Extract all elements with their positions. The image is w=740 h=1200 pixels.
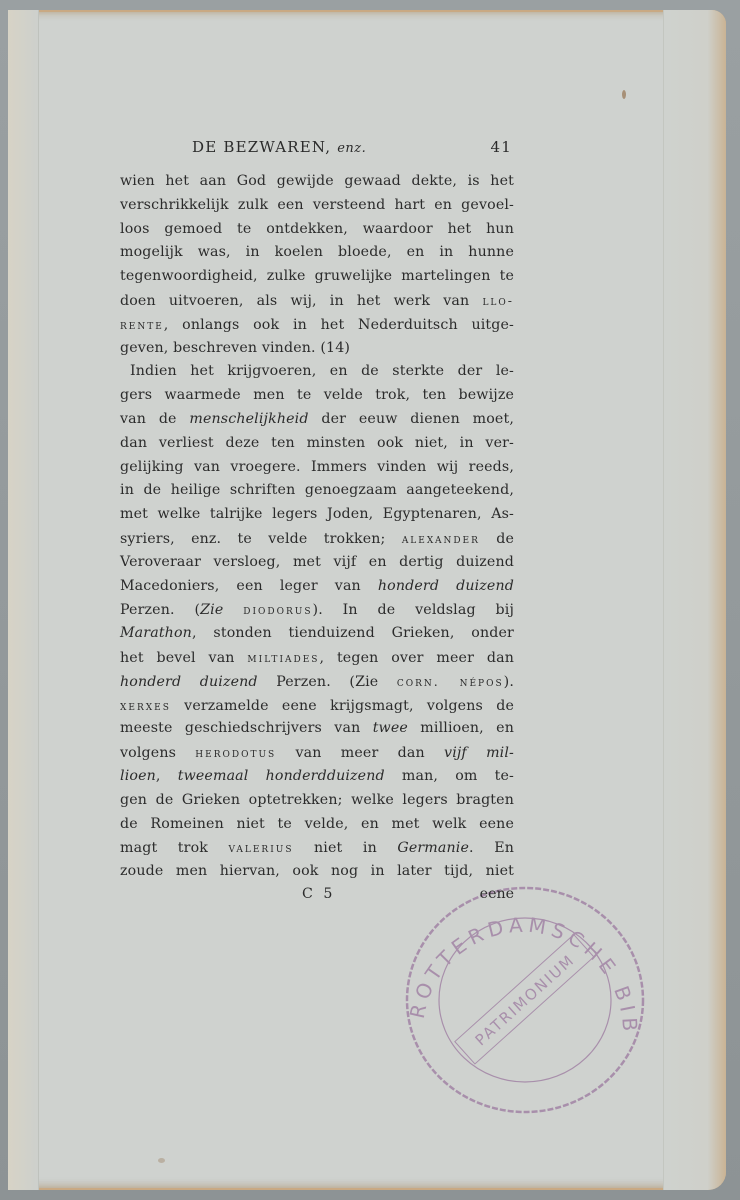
italic-run: twee — [373, 720, 408, 736]
italic-run: Marathon — [120, 625, 192, 641]
text-run — [223, 602, 243, 618]
scan-background: DE BEZWAREN, enz. 41 wien het aan God ge… — [0, 0, 740, 1200]
text-run: mogelijk was, in koelen bloede, en in hu… — [120, 244, 514, 260]
text-run: Macedoniers, een leger van — [120, 578, 378, 594]
text-line: xerxes verzamelde eene krijgsmagt, volge… — [120, 694, 514, 718]
small-caps-name: herodotus — [195, 745, 276, 760]
text-line: gers waarmede men te velde trok, ten bew… — [120, 384, 514, 408]
italic-run: lioen — [120, 768, 156, 784]
text-run: tegenwoordigheid, zulke gruwelijke marte… — [120, 268, 514, 284]
text-line: het bevel van miltiades, tegen over meer… — [120, 646, 514, 670]
text-run: ). In de veldslag bij — [313, 602, 514, 618]
small-caps-name: valerius — [229, 840, 294, 855]
small-caps-name: xerxes — [120, 698, 171, 713]
text-run: zoude men hiervan, ook nog in later tijd… — [120, 863, 514, 879]
italic-run: honderd duizend — [378, 578, 514, 594]
italic-run: honderd duizend — [120, 674, 258, 690]
text-line: zoude men hiervan, ook nog in later tijd… — [120, 860, 514, 884]
text-line: lioen, tweemaal honderdduizend man, om t… — [120, 765, 514, 789]
text-run: geven, beschreven vinden. (14) — [120, 340, 350, 356]
small-caps-name: diodorus — [243, 602, 312, 617]
text-run: in de heilige schriften genoegzaam aange… — [120, 482, 514, 498]
text-run: het bevel van — [120, 650, 247, 666]
italic-run: Germanie — [397, 840, 469, 856]
text-line: volgens herodotus van meer dan vijf mil- — [120, 741, 514, 765]
text-run: verzamelde eene krijgsmagt, volgens de — [171, 698, 514, 714]
text-run: doen uitvoeren, als wij, in het werk van — [120, 293, 482, 309]
text-run: Perzen. ( — [120, 602, 200, 618]
running-head: DE BEZWAREN, enz. 41 — [120, 138, 514, 162]
small-caps-name: corn. népos — [397, 674, 504, 689]
text-line: geven, beschreven vinden. (14) — [120, 337, 514, 361]
text-line: de Romeinen niet te velde, en met welk e… — [120, 813, 514, 837]
text-run: Veroveraar versloeg, met vijf en dertig … — [120, 554, 514, 570]
text-run: ). — [504, 674, 514, 690]
text-line: tegenwoordigheid, zulke gruwelijke marte… — [120, 265, 514, 289]
text-run: . En — [469, 840, 514, 856]
text-line: loos gemoed te ontdekken, waardoor het h… — [120, 218, 514, 242]
text-line: Veroveraar versloeg, met vijf en dertig … — [120, 551, 514, 575]
text-line: met welke talrijke legers Joden, Egypten… — [120, 503, 514, 527]
signature-mark: C 5 — [302, 886, 335, 902]
running-head-title-text: DE BEZWAREN, — [192, 138, 331, 156]
text-run: verschrikkelijk zulk een versteend hart … — [120, 197, 514, 213]
text-run: , — [156, 768, 178, 784]
text-line: verschrikkelijk zulk een versteend hart … — [120, 194, 514, 218]
text-run: de — [480, 531, 514, 547]
text-run: der eeuw dienen moet, — [309, 411, 514, 427]
text-run: man, om te- — [385, 768, 514, 784]
text-line: gen de Grieken optetrekken; welke legers… — [120, 789, 514, 813]
text-run: loos gemoed te ontdekken, waardoor het h… — [120, 221, 514, 237]
text-line: Perzen. (Zie diodorus). In de veldslag b… — [120, 598, 514, 622]
text-run: syriers, enz. te velde trokken; — [120, 531, 402, 547]
italic-run: Zie — [200, 602, 223, 618]
text-run: meeste geschiedschrijvers van — [120, 720, 373, 736]
text-run: volgens — [120, 745, 195, 761]
foxing-spot — [622, 90, 626, 99]
text-run: gers waarmede men te velde trok, ten bew… — [120, 387, 514, 403]
text-run: , onlangs ook in het Nederduitsch uitge- — [164, 317, 514, 333]
text-line: gelijking van vroegere. Immers vinden wi… — [120, 456, 514, 480]
text-line: honderd duizend Perzen. (Zie corn. népos… — [120, 670, 514, 694]
text-line: meeste geschiedschrijvers van twee milli… — [120, 717, 514, 741]
text-run: met welke talrijke legers Joden, Egypten… — [120, 506, 514, 522]
page-footer: C 5 eene — [120, 886, 514, 910]
text-line: Indien het krijgvoeren, en de sterkte de… — [120, 360, 514, 384]
small-caps-name: rente — [120, 317, 164, 332]
text-run: wien het aan God gewijde gewaad dekte, i… — [120, 173, 514, 189]
text-line: doen uitvoeren, als wij, in het werk van… — [120, 289, 514, 313]
text-run: van meer dan — [276, 745, 444, 761]
text-run: de Romeinen niet te velde, en met welk e… — [120, 816, 514, 832]
small-caps-name: miltiades — [247, 650, 319, 665]
small-caps-name: llo- — [482, 293, 514, 308]
text-line: dan verliest deze ten minsten ook niet, … — [120, 432, 514, 456]
page-number: 41 — [491, 138, 513, 156]
stamp-band-text: PATRIMONIUM — [472, 951, 579, 1050]
text-line: in de heilige schriften genoegzaam aange… — [120, 479, 514, 503]
italic-run: tweemaal honderdduizend — [178, 768, 385, 784]
text-line: rente, onlangs ook in het Nederduitsch u… — [120, 313, 514, 337]
text-line: magt trok valerius niet in Germanie. En — [120, 836, 514, 860]
text-run: niet in — [294, 840, 398, 856]
body-text: wien het aan God gewijde gewaad dekte, i… — [120, 170, 514, 884]
text-run: magt trok — [120, 840, 229, 856]
text-run: , stonden tienduizend Grieken, onder — [192, 625, 514, 641]
text-run: gelijking van vroegere. Immers vinden wi… — [120, 459, 514, 475]
text-line: Marathon, stonden tienduizend Grieken, o… — [120, 622, 514, 646]
text-line: syriers, enz. te velde trokken; alexande… — [120, 527, 514, 551]
text-line: wien het aan God gewijde gewaad dekte, i… — [120, 170, 514, 194]
text-line: van de menschelijkheid der eeuw dienen m… — [120, 408, 514, 432]
catchword: eene — [480, 886, 514, 902]
running-head-title-italic: enz. — [337, 141, 366, 156]
text-run: van de — [120, 411, 189, 427]
text-run: Indien het krijgvoeren, en de sterkte de… — [130, 363, 514, 379]
text-run: , tegen over meer dan — [319, 650, 514, 666]
running-head-title: DE BEZWAREN, enz. — [192, 138, 366, 156]
foxing-spot — [158, 1158, 165, 1163]
text-run: Perzen. (Zie — [258, 674, 397, 690]
page-text-block: DE BEZWAREN, enz. 41 wien het aan God ge… — [120, 138, 514, 910]
text-line: Macedoniers, een leger van honderd duize… — [120, 575, 514, 599]
small-caps-name: alexander — [402, 531, 480, 546]
text-run: gen de Grieken optetrekken; welke legers… — [120, 792, 514, 808]
text-run: dan verliest deze ten minsten ook niet, … — [120, 435, 514, 451]
text-line: mogelijk was, in koelen bloede, en in hu… — [120, 241, 514, 265]
text-run: millioen, en — [408, 720, 514, 736]
italic-run: menschelijkheid — [189, 411, 308, 427]
italic-run: vijf mil- — [444, 745, 514, 761]
